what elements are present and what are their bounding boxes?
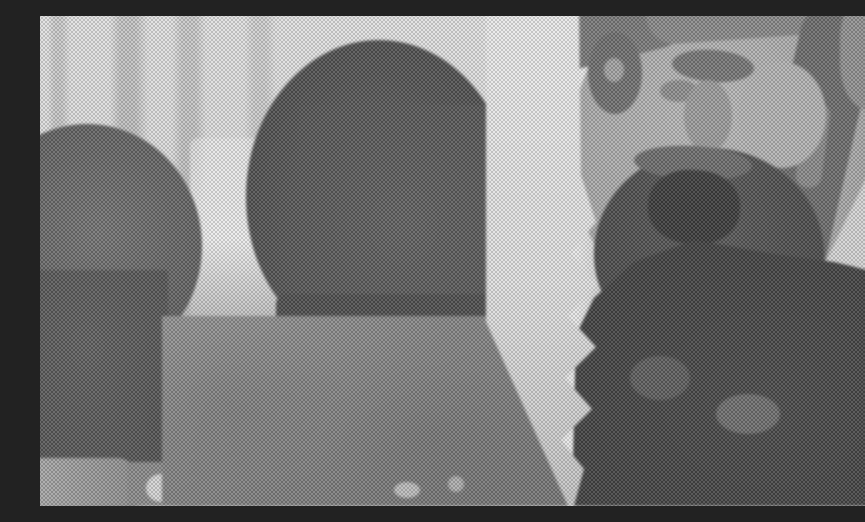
halftone-photograph: [40, 16, 865, 506]
tonal-mottle-overlay: [40, 16, 865, 506]
photo-shapes-layer: [40, 16, 865, 506]
